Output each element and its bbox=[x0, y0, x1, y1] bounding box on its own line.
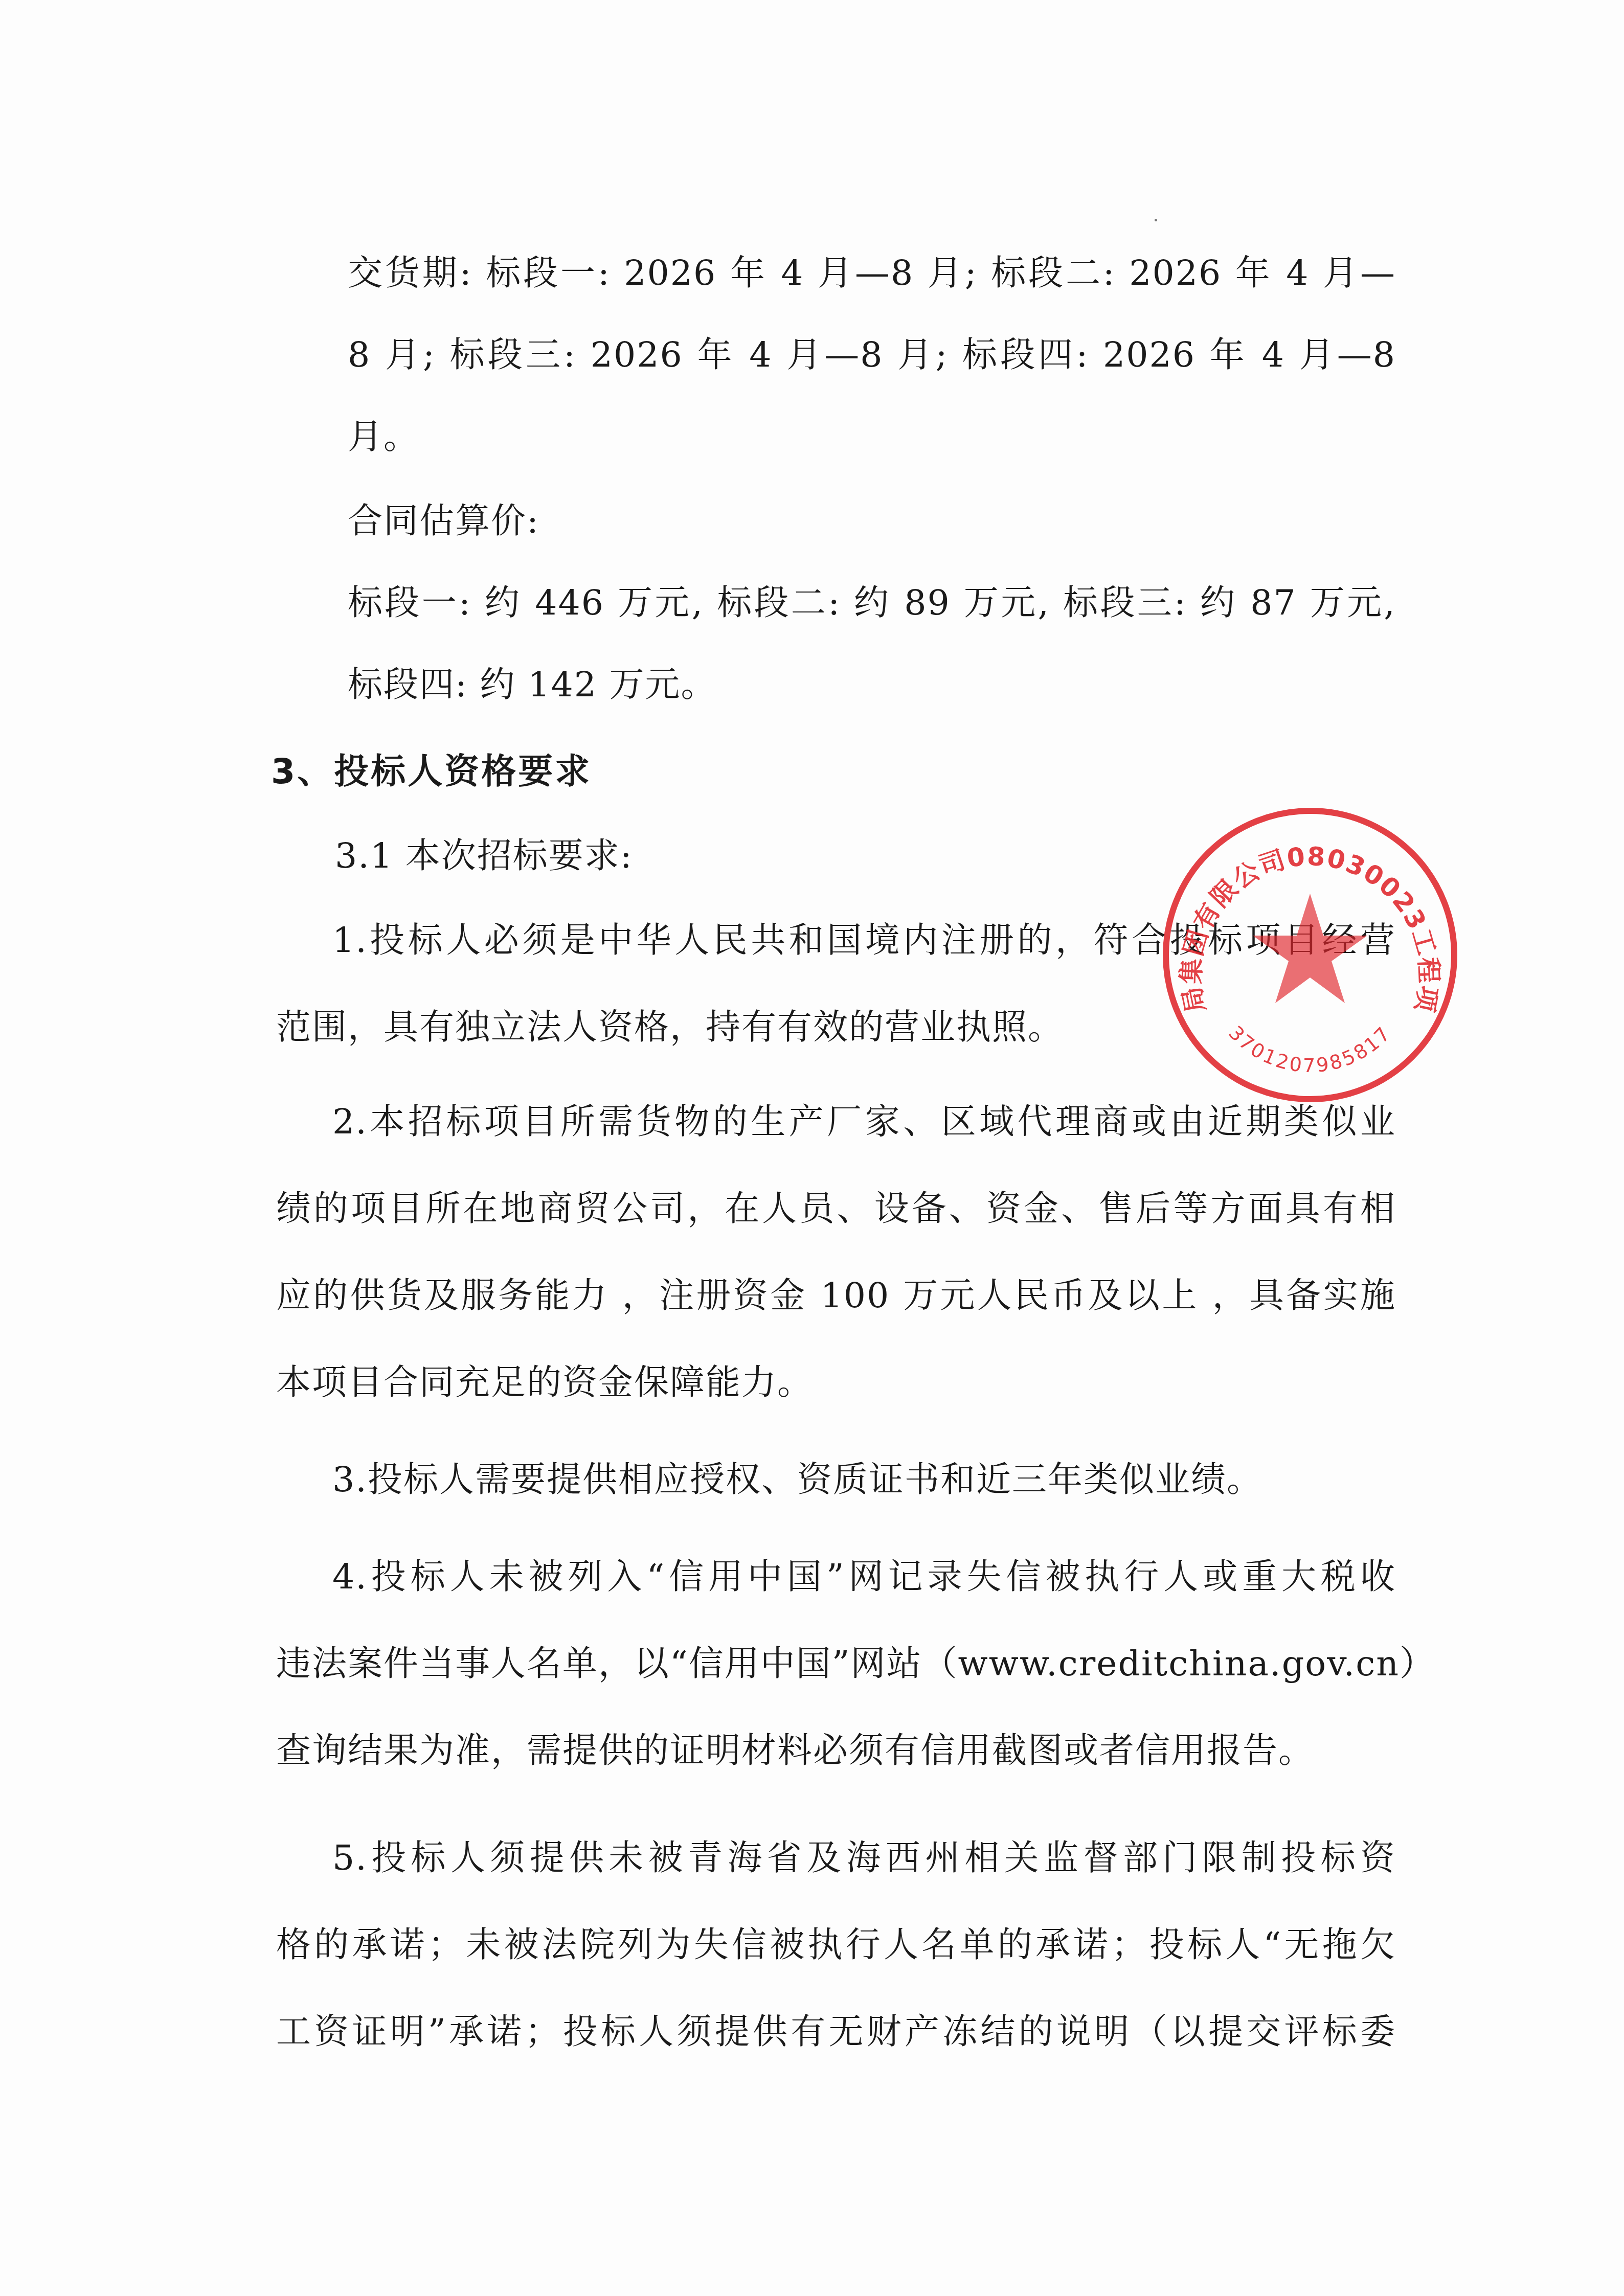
item-4-line-2: 违法案件当事人名单，以“信用中国”网站（www.creditchina.gov.… bbox=[276, 1641, 1396, 1687]
item-5-line-3: 工资证明”承诺；投标人须提供有无财产冻结的说明（以提交评标委 bbox=[276, 2009, 1396, 2055]
item-1-line-2: 范围，具有独立法人资格，持有有效的营业执照。 bbox=[276, 1005, 1324, 1051]
estimate-line-2: 标段四: 约 142 万元。 bbox=[348, 662, 1396, 708]
item-3-line-1: 3.投标人需要提供相应授权、资质证书和近三年类似业绩。 bbox=[332, 1457, 1381, 1503]
item-2-line-1: 2.本招标项目所需货物的生产厂家、区域代理商或由近期类似业 bbox=[332, 1099, 1396, 1145]
section-heading: 3、投标人资格要求 bbox=[271, 749, 1319, 795]
sub-heading: 3.1 本次招标要求: bbox=[335, 833, 1383, 879]
estimate-label: 合同估算价: bbox=[348, 498, 1396, 544]
item-5-line-1: 5.投标人须提供未被青海省及海西州相关监督部门限制投标资 bbox=[332, 1835, 1396, 1881]
item-2-line-3: 应的供货及服务能力 ，注册资金 100 万元人民币及以上 ，具备实施 bbox=[276, 1273, 1396, 1319]
delivery-line-3: 月。 bbox=[348, 414, 1396, 460]
document-page: 交货期: 标段一: 2026 年 4 月—8 月; 标段二: 2026 年 4 … bbox=[0, 0, 1624, 2296]
estimate-line-1: 标段一: 约 446 万元, 标段二: 约 89 万元, 标段三: 约 87 万… bbox=[348, 580, 1396, 626]
delivery-line-1: 交货期: 标段一: 2026 年 4 月—8 月; 标段二: 2026 年 4 … bbox=[348, 251, 1396, 297]
item-2-line-4: 本项目合同充足的资金保障能力。 bbox=[276, 1360, 1324, 1406]
delivery-line-2: 8 月; 标段三: 2026 年 4 月—8 月; 标段四: 2026 年 4 … bbox=[348, 332, 1396, 378]
scan-speck bbox=[1155, 219, 1157, 221]
item-2-line-2: 绩的项目所在地商贸公司，在人员、设备、资金、售后等方面具有相 bbox=[276, 1186, 1396, 1232]
item-5-line-2: 格的承诺；未被法院列为失信被执行人名单的承诺；投标人“无拖欠 bbox=[276, 1922, 1396, 1968]
item-4-line-3: 查询结果为准，需提供的证明材料必须有信用截图或者信用报告。 bbox=[276, 1728, 1324, 1774]
item-1-line-1: 1.投标人必须是中华人民共和国境内注册的，符合投标项目经营 bbox=[332, 918, 1396, 964]
item-4-line-1: 4.投标人未被列入“信用中国”网记录失信被执行人或重大税收 bbox=[332, 1554, 1396, 1600]
